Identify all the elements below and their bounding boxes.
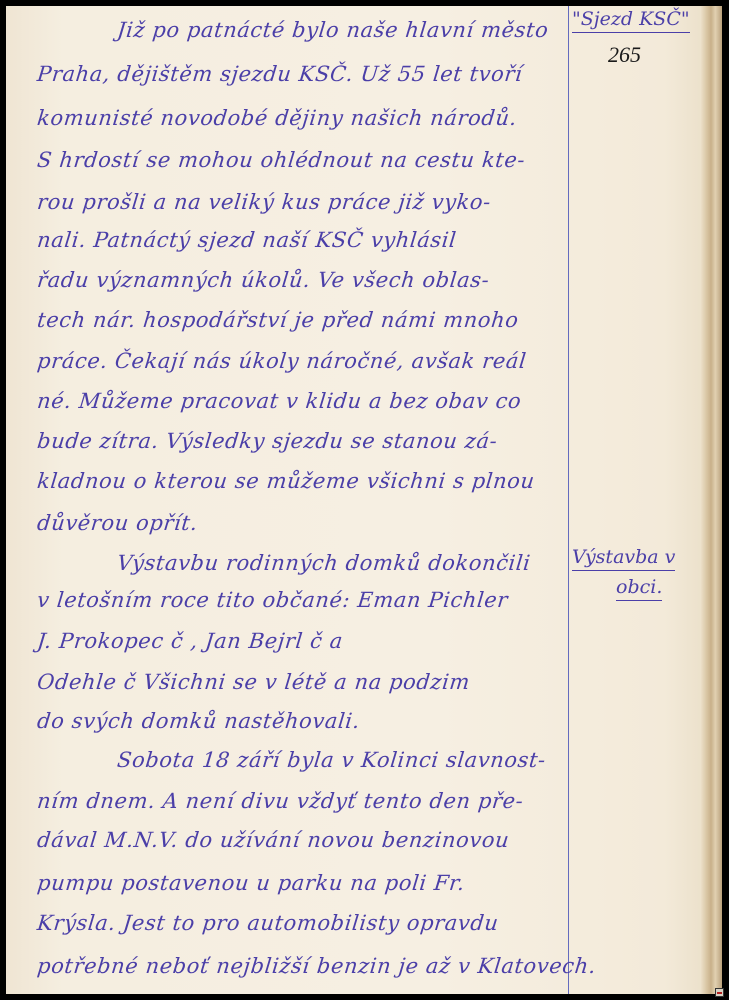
text-line: pumpu postavenou u parku na poli Fr. xyxy=(36,871,466,895)
text-line: potřebné neboť nejbližší benzin je až v … xyxy=(36,954,597,978)
text-line: ním dnem. A není divu vždyť tento den př… xyxy=(36,789,525,813)
page-number: 265 xyxy=(608,42,641,68)
book-binding-edge xyxy=(700,6,722,994)
text-line: práce. Čekají nás úkoly náročné, avšak r… xyxy=(36,349,528,373)
margin-note-village: obci. xyxy=(616,576,662,601)
text-line: kladnou o kterou se můžeme všichni s pln… xyxy=(36,469,536,493)
margin-rule xyxy=(568,6,569,994)
text-line: do svých domků nastěhovali. xyxy=(36,709,361,733)
text-line: v letošním roce tito občané: Eman Pichle… xyxy=(36,588,509,612)
margin-note-construction: Výstavba v xyxy=(572,546,675,571)
text-line: bude zítra. Výsledky sjezdu se stanou zá… xyxy=(36,429,499,453)
text-line: né. Můžeme pracovat v klidu a bez obav c… xyxy=(36,389,523,413)
text-line: J. Prokopec č , Jan Bejrl č a xyxy=(36,629,344,653)
manuscript-page: Již po patnácté bylo naše hlavní město P… xyxy=(6,6,722,994)
text-line: Krýsla. Jest to pro automobilisty opravd… xyxy=(36,911,500,935)
text-line: Odehle č Všichni se v létě a na podzim xyxy=(36,670,471,694)
text-line: nali. Patnáctý sjezd naší KSČ vyhlásil xyxy=(36,228,458,252)
text-line: dával M.N.V. do užívání novou benzinovou xyxy=(36,828,511,852)
margin-note-party-congress: "Sjezd KSČ" xyxy=(572,8,690,33)
text-line: Již po patnácté bylo naše hlavní město xyxy=(116,18,550,42)
minimize-indicator-icon[interactable] xyxy=(715,988,724,997)
text-line: tech nár. hospodářství je před námi mnoh… xyxy=(36,308,520,332)
text-line: řadu významných úkolů. Ve všech oblas- xyxy=(36,268,491,292)
text-line: Výstavbu rodinných domků dokončili xyxy=(116,551,532,575)
text-line: Praha, dějištěm sjezdu KSČ. Už 55 let tv… xyxy=(36,62,524,86)
main-text-column: Již po patnácté bylo naše hlavní město P… xyxy=(6,6,566,994)
text-line: komunisté novodobé dějiny našich národů. xyxy=(36,106,518,130)
text-line: rou prošli a na veliký kus práce již vyk… xyxy=(36,190,492,214)
text-line: Sobota 18 září byla v Kolinci slavnost- xyxy=(116,748,547,772)
text-line: důvěrou opřít. xyxy=(36,511,199,535)
text-line: S hrdostí se mohou ohlédnout na cestu kt… xyxy=(36,148,526,172)
